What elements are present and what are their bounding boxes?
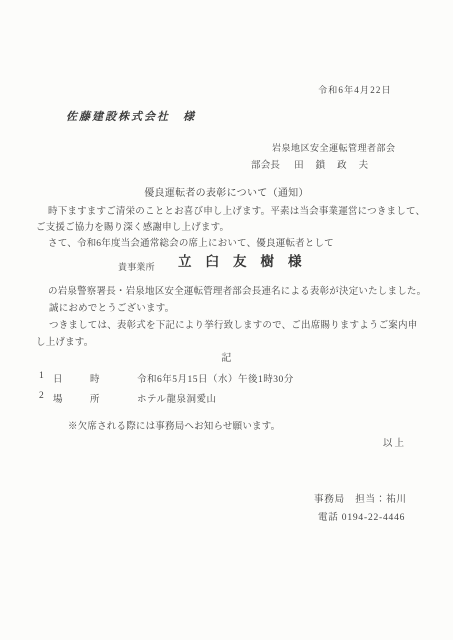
record-item-datetime: 1 日 時 令和6年5月15日（水）午後1時30分 (0, 371, 453, 385)
item-number: 1 (39, 371, 44, 381)
footer-office-contact: 事務局 担当：祐川 (314, 494, 407, 506)
body-paragraph4-line2: し上げます。 (36, 337, 93, 349)
body-paragraph2: さて、令和6年度当会通常総会の席上において、優良運転者として (48, 238, 334, 250)
body-paragraph1-line1: 時下ますますご清栄のこととお喜び申し上げます。平素は当会事業運営につきまして、 (48, 206, 425, 218)
footer-phone-number: 電話 0194-22-4446 (318, 512, 405, 524)
item-label: 場 所 (53, 391, 109, 405)
body-paragraph1-line2: ご支援ご協力を賜り深く感謝申し上げます。 (36, 222, 229, 234)
body-paragraph3-line1: の岩泉警察署長・岩泉地区安全運転管理者部会長連名による表彰が決定いたしました。 (48, 286, 426, 298)
closing-ijou: 以上 (383, 438, 406, 450)
sender-name: 田鎖政夫 (294, 161, 380, 171)
sender-title: 部会長 (251, 161, 280, 171)
subject-title: 優良運転者の表彰について（通知） (0, 188, 453, 200)
item-value: 令和6年5月15日（水）午後1時30分 (137, 371, 294, 385)
record-heading: 記 (0, 353, 453, 365)
absence-note: ※欠席される際には事務局へお知らせ願います。 (68, 421, 280, 433)
honoree-name: 立臼友樹 (178, 256, 288, 268)
date-line: 令和6年4月22日 (318, 84, 392, 96)
item-label: 日 時 (53, 371, 109, 385)
sender-organization: 岩泉地区安全運転管理者部会 (272, 142, 396, 154)
item-value: ホテル龍泉洞愛山 (137, 391, 217, 405)
body-paragraph3-line2: 誠におめでとうございます。 (49, 303, 174, 315)
item-number: 2 (39, 391, 44, 401)
honoree-label: 貴事業所 (118, 261, 155, 273)
scanned-letter-page: 令和6年4月22日 佐藤建設株式会社 様 岩泉地区安全運転管理者部会 部会長田鎖… (0, 0, 453, 640)
honoree-suffix: 様 (288, 256, 302, 268)
record-item-location: 2 場 所 ホテル龍泉洞愛山 (0, 391, 453, 405)
addressee-line: 佐藤建設株式会社 様 (66, 111, 196, 123)
body-paragraph4-line1: つきましては、表彰式を下記により挙行致しますので、ご出席賜りますようご案内申 (49, 320, 417, 332)
sender-chief-line: 部会長田鎖政夫 (251, 160, 380, 172)
